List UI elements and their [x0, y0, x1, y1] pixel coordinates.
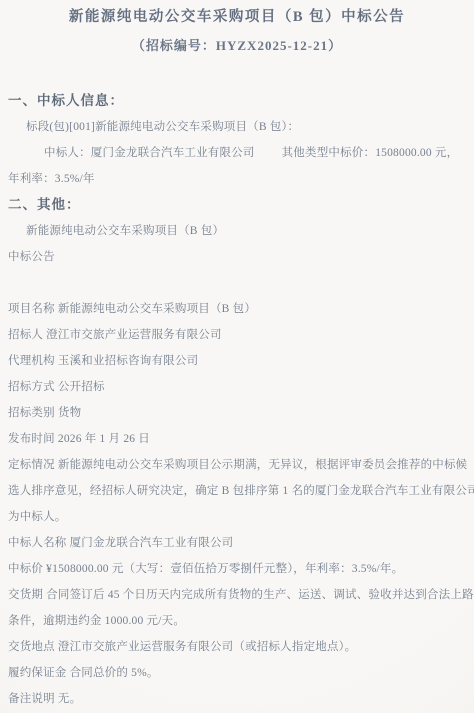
doc-line: 代理机构 玉溪和业招标咨询有限公司 — [8, 348, 466, 374]
doc-line: 招标人 澄江市交旅产业运营服务有限公司 — [8, 322, 466, 348]
doc-line: 中标人：厦门金龙联合汽车工业有限公司其他类型中标价：1508000.00 元， — [8, 140, 466, 166]
doc-line: 标段(包)[001]新能源纯电动公交车采购项目（B 包）： — [8, 114, 466, 140]
doc-line: 交货地点 澄江市交旅产业运营服务有限公司（或招标人指定地点）。 — [8, 634, 466, 660]
doc-line: 中标价 ¥1508000.00 元（大写：壹佰伍拾万零捌仟元整），年利率：3.5… — [8, 556, 466, 582]
doc-line: 中标公告 — [8, 244, 466, 270]
doc-line: 条件，逾期违约金 1000.00 元/天。 — [8, 608, 466, 634]
doc-subtitle: （招标编号：HYZX2025-12-21） — [8, 36, 466, 56]
doc-line: 发布时间 2026 年 1 月 26 日 — [8, 426, 466, 452]
blank-line — [8, 270, 466, 296]
doc-line: 项目名称 新能源纯电动公交车采购项目（B 包） — [8, 296, 466, 322]
doc-title: 新能源纯电动公交车采购项目（B 包）中标公告 — [8, 7, 466, 28]
doc-body: 一、中标人信息：标段(包)[001]新能源纯电动公交车采购项目（B 包）：中标人… — [8, 88, 466, 712]
doc-line: 招标类别 货物 — [8, 400, 466, 426]
doc-line: 交货期 合同签订后 45 个日历天内完成所有货物的生产、运送、调试、验收并达到合… — [8, 582, 466, 608]
doc-line-part: 其他类型中标价：1508000.00 元， — [282, 140, 459, 166]
doc-line: 为中标人。 — [8, 504, 466, 530]
section-heading: 一、中标人信息： — [8, 88, 466, 114]
doc-line: 中标人名称 厦门金龙联合汽车工业有限公司 — [8, 530, 466, 556]
doc-line-part: 中标人：厦门金龙联合汽车工业有限公司 — [44, 140, 255, 166]
document-page: 新能源纯电动公交车采购项目（B 包）中标公告 （招标编号：HYZX2025-12… — [0, 0, 474, 713]
doc-line: 招标方式 公开招标 — [8, 374, 466, 400]
doc-line: 定标情况 新能源纯电动公交车采购项目公示期满，无异议，根据评审委员会推荐的中标候 — [8, 452, 466, 478]
doc-line: 年利率：3.5%/年 — [8, 166, 466, 192]
doc-line: 新能源纯电动公交车采购项目（B 包） — [8, 218, 466, 244]
doc-line: 履约保证金 合同总价的 5%。 — [8, 660, 466, 686]
section-heading: 二、其他： — [8, 192, 466, 218]
doc-line: 选人排序意见，经招标人研究决定，确定 B 包排序第 1 名的厦门金龙联合汽车工业… — [8, 478, 466, 504]
doc-line: 备注说明 无。 — [8, 686, 466, 712]
